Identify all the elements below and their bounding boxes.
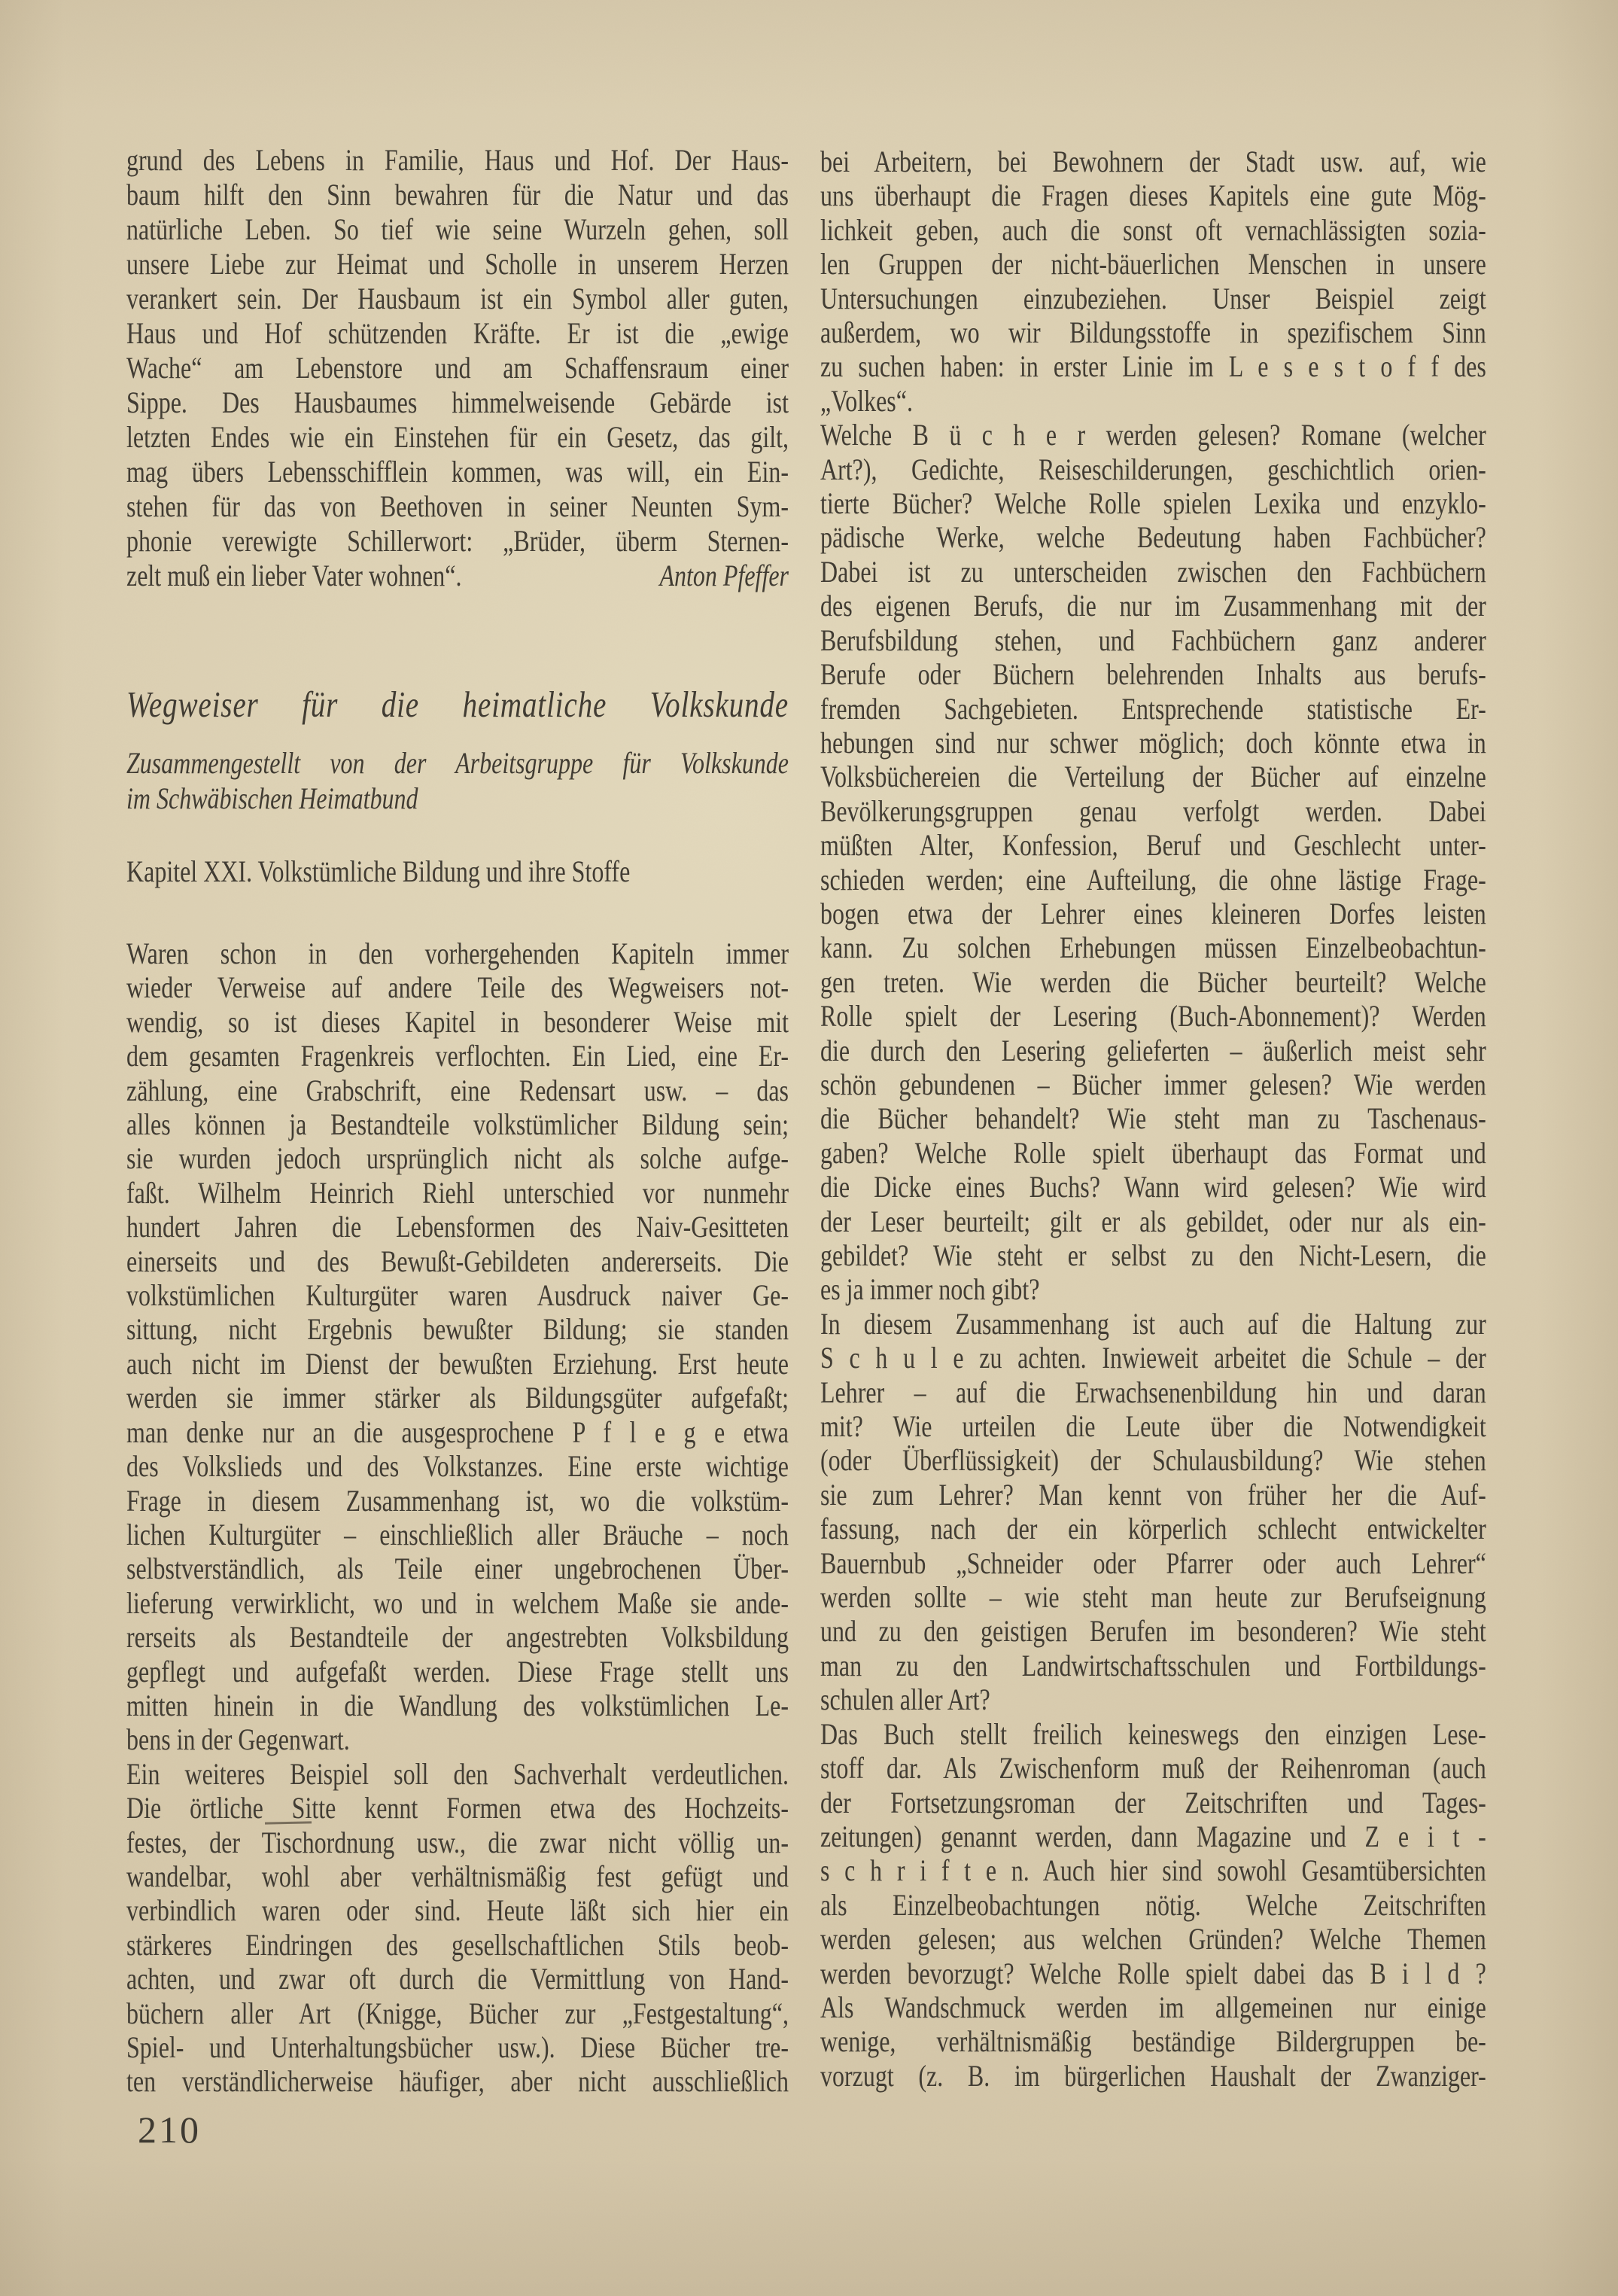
text-line: Berufe oder Büchern belehrenden Inhalts … (820, 657, 1486, 691)
text-line: natürliche Leben. So tief wie seine Wurz… (126, 212, 789, 247)
text-line: unsere Liebe zur Heimat und Scholle in u… (126, 247, 789, 282)
text-line: mag übers Lebensschifflein kommen, was w… (126, 455, 789, 489)
text-line: werden sie immer stärker als Bildungsgüt… (126, 1381, 789, 1414)
text-line: zählung, eine Grabschrift, eine Redensar… (126, 1073, 789, 1107)
book-page: grund des Lebens in Familie, Haus und Ho… (0, 0, 1618, 2296)
text-line: stehen für das von Beethoven in seiner N… (126, 489, 789, 524)
text-line: Wache“ am Lebenstore und am Schaffensrau… (126, 351, 789, 385)
text-line: als Einzelbeobachtungen nötig. Welche Ze… (820, 1888, 1486, 1922)
intro-paragraph: grund des Lebens in Familie, Haus und Ho… (126, 143, 789, 559)
text-line: lichen Kulturgüter – einschließlich alle… (126, 1518, 789, 1551)
text-line: im Schwäbischen Heimatbund (126, 781, 789, 816)
article-title: Wegweiser für die heimatliche Volkskunde (126, 682, 789, 727)
text-line: gepflegt und aufgefaßt werden. Diese Fra… (126, 1655, 789, 1689)
text-line: Welche B ü c h e r werden gelesen? Roman… (820, 418, 1486, 452)
text-line: wieder Verweise auf andere Teile des Weg… (126, 970, 789, 1004)
page-number: 210 (138, 2108, 201, 2151)
text-line: ten verständlicherweise häufiger, aber n… (126, 2064, 789, 2098)
text-line: tierte Bücher? Welche Rolle spielen Lexi… (820, 486, 1486, 520)
text-line: Die örtliche Sitte kennt Formen etwa des… (126, 1791, 789, 1825)
text-line: Frage in diesem Zusammenhang ist, wo die… (126, 1484, 789, 1518)
text-line: werden sollte – wie steht man heute zur … (820, 1580, 1486, 1614)
text-line: auch nicht im Dienst der bewußten Erzieh… (126, 1347, 789, 1381)
text-line: stoff dar. Als Zwischenform muß der Reih… (820, 1751, 1486, 1785)
text-line: (oder Überflüssigkeit) der Schulausbildu… (820, 1443, 1486, 1477)
text-line: letzten Endes wie ein Einstehen für ein … (126, 420, 789, 455)
text-line: len Gruppen der nicht-bäuerlichen Mensch… (820, 247, 1486, 281)
text-line: lieferung verwirklicht, wo und in welche… (126, 1586, 789, 1620)
text-line: Haus und Hof schützenden Kräfte. Er ist … (126, 316, 789, 351)
author-name: Anton Pfeffer (659, 559, 789, 593)
text-line: fremden Sachgebieten. Entsprechende stat… (820, 692, 1486, 726)
text-line: verankert sein. Der Hausbaum ist ein Sym… (126, 282, 789, 316)
text-line: volkstümlichen Kulturgüter waren Ausdruc… (126, 1278, 789, 1312)
text-line: phonie verewigte Schillerwort: „Brüder, … (126, 524, 789, 559)
text-line: Spiel- und Unterhaltungsbücher usw.). Di… (126, 2030, 789, 2064)
text-line: Sippe. Des Hausbaumes himmelweisende Geb… (126, 385, 789, 420)
text-line: Waren schon in den vorhergehenden Kapite… (126, 936, 789, 970)
left-body-paragraph-1: Waren schon in den vorhergehenden Kapite… (126, 936, 789, 1757)
text-line: dem gesamten Fragenkreis verflochten. Ei… (126, 1039, 789, 1073)
text-line: Das Buch stellt freilich keineswegs den … (820, 1717, 1486, 1751)
text-line: mit? Wie urteilen die Leute über die Not… (820, 1409, 1486, 1443)
text-line: des Volkslieds und des Volkstanzes. Eine… (126, 1449, 789, 1483)
right-column: bei Arbeitern, bei Bewohnern der Stadt u… (820, 145, 1486, 2093)
right-paragraph-1: bei Arbeitern, bei Bewohnern der Stadt u… (820, 145, 1486, 418)
text-line: grund des Lebens in Familie, Haus und Ho… (126, 143, 789, 178)
text-line: büchern aller Art (Knigge, Bücher zur „F… (126, 1996, 789, 2030)
text-line: zu suchen haben: in erster Linie im L e … (820, 349, 1486, 383)
text-line: man denke nur an die ausgesprochene P f … (126, 1415, 789, 1449)
text-line: stärkeres Eindringen des gesellschaftlic… (126, 1928, 789, 1962)
text-line: gaben? Welche Rolle spielt überhaupt das… (820, 1136, 1486, 1170)
text-line: vorzugt (z. B. im bürgerlichen Haushalt … (820, 2059, 1486, 2093)
text-line: es ja immer noch gibt? (820, 1272, 1486, 1306)
text-line: die Bücher behandelt? Wie steht man zu T… (820, 1101, 1486, 1135)
article-subtitle: Zusammengestellt von der Arbeitsgruppe f… (126, 745, 789, 816)
text-line: Bauernbub „Schneider oder Pfarrer oder a… (820, 1546, 1486, 1580)
text-line: sie zum Lehrer? Man kennt von früher her… (820, 1478, 1486, 1512)
text-line: hebungen sind nur schwer möglich; doch k… (820, 726, 1486, 760)
text-line: achten, und zwar oft durch die Vermittlu… (126, 1962, 789, 1996)
text-line: verbindlich waren oder sind. Heute läßt … (126, 1893, 789, 1927)
text-line: s c h r i f t e n. Auch hier sind sowohl… (820, 1853, 1486, 1887)
text-line: „Volkes“. (820, 384, 1486, 418)
text-line: und zu den geistigen Berufen im besonder… (820, 1614, 1486, 1648)
text-line: der Leser beurteilt; gilt er als gebilde… (820, 1204, 1486, 1238)
text-line: die durch den Lesering gelieferten – äuß… (820, 1034, 1486, 1067)
text-line: werden bevorzugt? Welche Rolle spielt da… (820, 1956, 1486, 1990)
text-line: faßt. Wilhelm Heinrich Riehl unterschied… (126, 1176, 789, 1210)
text-line: lichkeit geben, auch die sonst oft verna… (820, 213, 1486, 247)
text-line: mitten hinein in die Wandlung des volkst… (126, 1689, 789, 1722)
text-line: fassung, nach der ein körperlich schlech… (820, 1512, 1486, 1545)
text-line: außerdem, wo wir Bildungsstoffe in spezi… (820, 315, 1486, 349)
text-line: Art?), Gedichte, Reiseschilderungen, ges… (820, 452, 1486, 486)
text-line: wandelbar, wohl aber verhältnismäßig fes… (126, 1859, 789, 1893)
left-body-paragraph-2: Ein weiteres Beispiel soll den Sachverha… (126, 1757, 789, 2099)
text-line: Zusammengestellt von der Arbeitsgruppe f… (126, 745, 789, 781)
text-line: einerseits und des Bewußt-Gebildeten and… (126, 1244, 789, 1278)
right-paragraph-2: Welche B ü c h e r werden gelesen? Roman… (820, 418, 1486, 1307)
right-paragraph-4: Das Buch stellt freilich keineswegs den … (820, 1717, 1486, 2093)
text-line: schieden werden; eine Aufteilung, die oh… (820, 863, 1486, 897)
text-line: wendig, so ist dieses Kapitel in besonde… (126, 1005, 789, 1039)
text-line: bei Arbeitern, bei Bewohnern der Stadt u… (820, 145, 1486, 178)
text-line: werden gelesen; aus welchen Gründen? Wel… (820, 1922, 1486, 1956)
text-line: baum hilft den Sinn bewahren für die Nat… (126, 178, 789, 212)
text-line: In diesem Zusammenhang ist auch auf die … (820, 1307, 1486, 1341)
text-line: schön gebundenen – Bücher immer gelesen?… (820, 1067, 1486, 1101)
text-line: hundert Jahren die Lebensformen des Naiv… (126, 1210, 789, 1244)
text-line: Ein weiteres Beispiel soll den Sachverha… (126, 1757, 789, 1791)
text-line: die Dicke eines Buchs? Wann wird gelesen… (820, 1170, 1486, 1204)
text-line: uns überhaupt die Fragen dieses Kapitels… (820, 178, 1486, 212)
text-line: gen treten. Wie werden die Bücher beurte… (820, 965, 1486, 999)
text-line: man zu den Landwirtschaftsschulen und Fo… (820, 1649, 1486, 1682)
text-line: selbstverständlich, als Teile einer unge… (126, 1551, 789, 1585)
text-line: bens in der Gegenwart. (126, 1722, 789, 1756)
text-line: bogen etwa der Lehrer eines kleineren Do… (820, 897, 1486, 930)
text-line: kann. Zu solchen Erhebungen müssen Einze… (820, 930, 1486, 964)
text-line: Als Wandschmuck werden im allgemeinen nu… (820, 1990, 1486, 2024)
text-line: zeitungen) genannt werden, dann Magazine… (820, 1819, 1486, 1853)
chapter-heading: Kapitel XXI. Volkstümliche Bildung und i… (126, 854, 789, 890)
text-line: pädische Werke, welche Bedeutung haben F… (820, 520, 1486, 554)
text-line: Lehrer – auf die Erwachsenenbildung hin … (820, 1375, 1486, 1409)
text-line: Volksbüchereien die Verteilung der Büche… (820, 760, 1486, 793)
left-column: grund des Lebens in Familie, Haus und Ho… (126, 143, 789, 2099)
text-line: Untersuchungen einzubeziehen. Unser Beis… (820, 282, 1486, 315)
intro-closing-line: zelt muß ein lieber Vater wohnen“. Anton… (126, 559, 789, 593)
text-line: gebildet? Wie steht er selbst zu den Nic… (820, 1238, 1486, 1272)
text-line: der Fortsetzungsroman der Zeitschriften … (820, 1786, 1486, 1819)
text-line: Berufsbildung stehen, und Fachbüchern ga… (820, 623, 1486, 657)
text-line: Bevölkerungsgruppen genau verfolgt werde… (820, 794, 1486, 828)
text-line: schulen aller Art? (820, 1682, 1486, 1716)
text-line: sie wurden jedoch ursprünglich nicht als… (126, 1141, 789, 1175)
text-line: rerseits als Bestandteile der angestrebt… (126, 1620, 789, 1654)
text-line: S c h u l e zu achten. Inwieweit arbeite… (820, 1341, 1486, 1375)
text-line: wenige, verhältnismäßig beständige Bilde… (820, 2024, 1486, 2058)
text-line: sittung, nicht Ergebnis bewußter Bildung… (126, 1312, 789, 1346)
text-line: des eigenen Berufs, die nur im Zusammenh… (820, 589, 1486, 623)
text-line: alles können ja Bestandteile volkstümlic… (126, 1107, 789, 1141)
text-line: festes, der Tischordnung usw., die zwar … (126, 1826, 789, 1859)
intro-closing-text: zelt muß ein lieber Vater wohnen“. (126, 559, 461, 593)
text-line: Rolle spielt der Lesering (Buch-Abonneme… (820, 999, 1486, 1033)
text-line: müßten Alter, Konfession, Beruf und Gesc… (820, 828, 1486, 862)
right-paragraph-3: In diesem Zusammenhang ist auch auf die … (820, 1307, 1486, 1717)
text-line: Dabei ist zu unterscheiden zwischen den … (820, 555, 1486, 589)
